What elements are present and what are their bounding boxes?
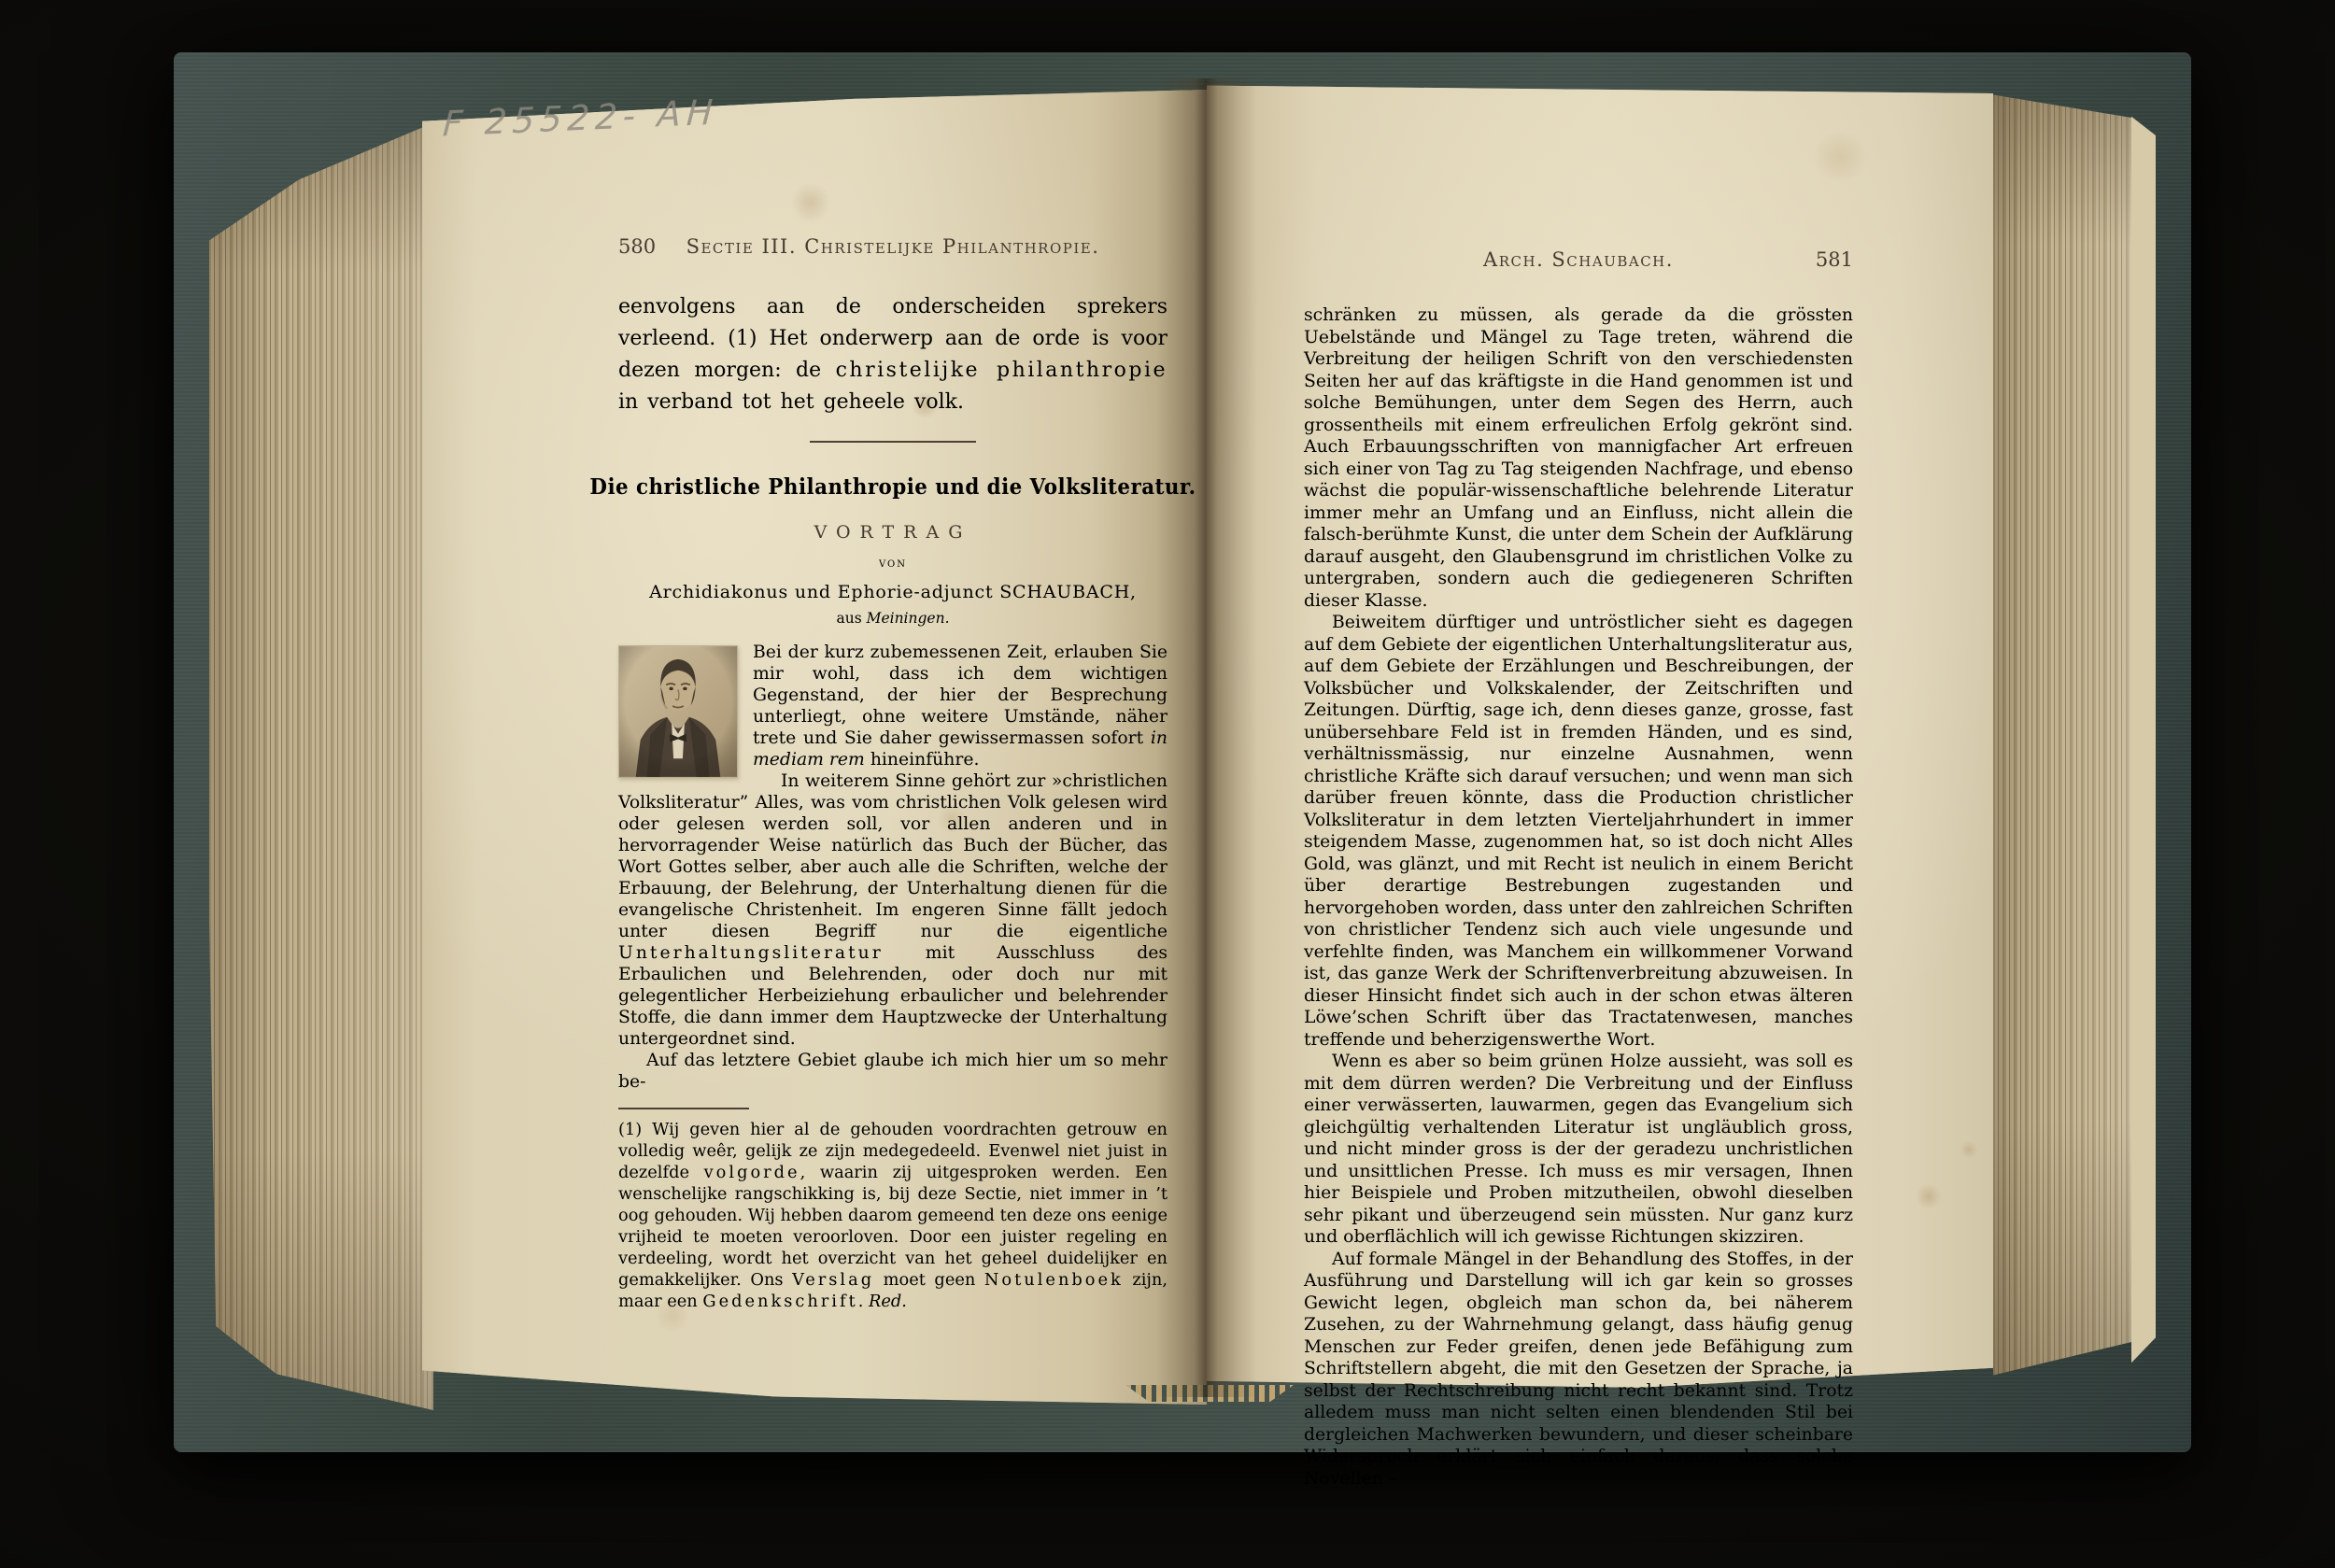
open-book-photograph: F 25522- AH 580 Sectie III. Christelijke…: [0, 0, 2335, 1568]
article-title: Die christliche Philanthropie und die Vo…: [589, 474, 1196, 500]
page-header-left: 580 Sectie III. Christelijke Philanthrop…: [618, 235, 1167, 263]
page-number: 581: [1816, 248, 1853, 271]
emphasized-term: Unterhaltungsliteratur: [618, 943, 884, 963]
body-paragraph: schränken zu müssen, als gerade da die g…: [1304, 304, 1853, 612]
left-page-block-fore-edge: [209, 118, 433, 1410]
origin-place: Meiningen.: [867, 610, 950, 627]
body-paragraph: Auf das letztere Gebiet glaube ich mich …: [618, 1050, 1167, 1093]
running-title: Arch. Schaubach.: [1304, 248, 1853, 271]
subtitle-vortrag: VORTRAG: [618, 522, 1167, 543]
footnote-rule: [618, 1108, 749, 1109]
intro-emphasis: christelijke philanthropie: [836, 359, 1167, 382]
section-divider-rule: [810, 441, 976, 443]
bottom-endband: [1125, 1385, 1294, 1402]
footnote-emphasis: volgorde: [704, 1163, 800, 1182]
footnote-text: .: [858, 1292, 869, 1311]
paragraph-text: In weiterem Sinne gehört zur »christlich…: [618, 771, 1167, 941]
origin-prefix: aus: [836, 610, 866, 627]
body-paragraph: Wenn es aber so beim grünen Holze aussie…: [1304, 1051, 1853, 1249]
paragraph-text: Bei der kurz zubemessenen Zeit, erlauben…: [753, 643, 1167, 748]
footnote: (1) Wij geven hier al de gehouden voordr…: [618, 1119, 1167, 1312]
intro-paragraph: eenvolgens aan de onderscheiden sprekers…: [618, 291, 1167, 418]
running-title: Sectie III. Christelijke Philanthropie.: [618, 235, 1167, 258]
footnote-emphasis: Verslag: [792, 1270, 874, 1290]
intro-text: in verband tot het geheele volk.: [618, 390, 964, 414]
author-origin: aus Meiningen.: [618, 610, 1167, 627]
body-paragraph: Beiweitem dürftiger und untröstlicher si…: [1304, 612, 1853, 1051]
right-page-block-fore-edge: [1993, 90, 2133, 1380]
body-paragraph: In weiterem Sinne gehört zur »christlich…: [618, 770, 1167, 1050]
right-endpaper-edge: [2131, 110, 2156, 1369]
page-header-right: Arch. Schaubach. 581: [1304, 248, 1853, 276]
byline-von: von: [618, 556, 1167, 571]
portrait-photo-of-schaubach: [618, 645, 738, 778]
lecture-body: Bei der kurz zubemessenen Zeit, erlauben…: [618, 642, 1167, 1093]
footnote-emphasis: Notulenboek: [984, 1270, 1124, 1290]
author-line: Archidiakonus und Ephorie-adjunct SCHAUB…: [618, 582, 1167, 602]
footnote-text: moet geen: [874, 1270, 984, 1290]
paragraph-text: hineinführe.: [865, 750, 980, 770]
footnote-emphasis: Gedenkschrift: [702, 1292, 857, 1311]
body-paragraph: Auf formale Mängel in der Behandlung des…: [1304, 1249, 1853, 1490]
lecture-body-continued: schränken zu müssen, als gerade da die g…: [1304, 304, 1853, 1490]
footnote-signature: Red.: [869, 1292, 907, 1311]
